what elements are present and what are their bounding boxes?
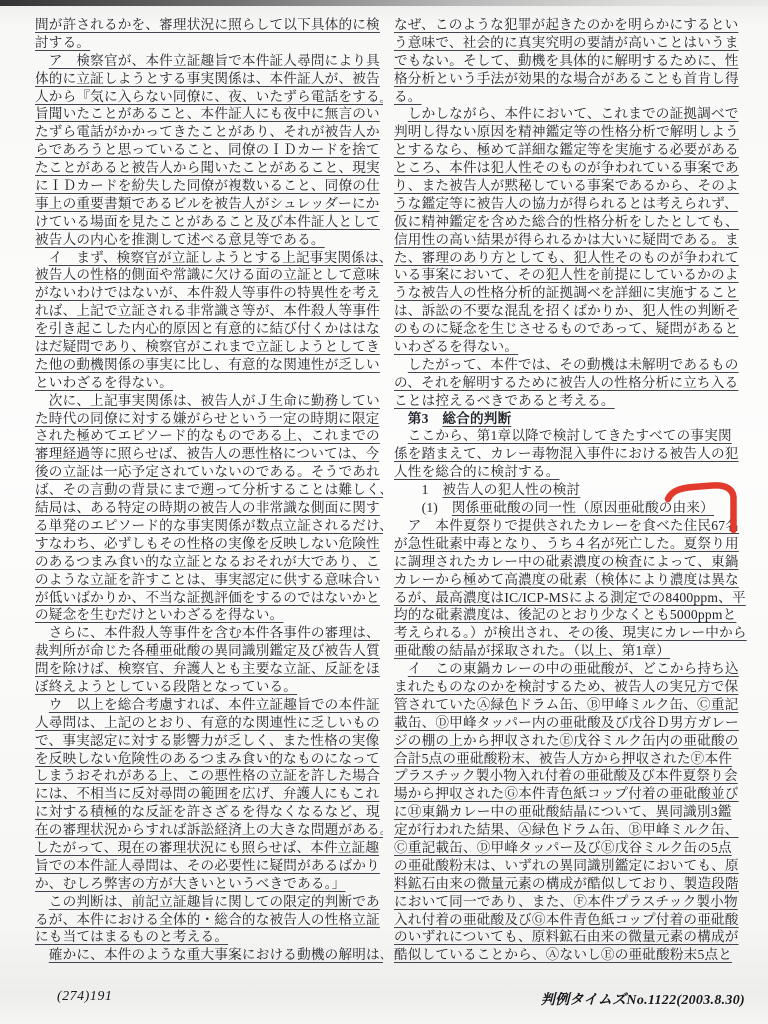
text-line: まれたものなのかを検討するため、被告人の実兄方で保 [394, 678, 750, 696]
text-line: 被告人の内心を推測して述べる意見等である。 [35, 231, 383, 249]
text-line: イ この東鍋カレーの中の亜砒酸が、どこから持ち込 [394, 660, 750, 678]
text-line: にも当てはまるものと考える。 [35, 928, 383, 946]
text-line: さらに、本件殺人等事件を含む本件各事件の審理は、 [35, 624, 383, 642]
text-line: ア 本件夏祭りで提供されたカレーを食べた住民67名 [394, 517, 750, 535]
text-line: 判明し得ない原因を精神鑑定等の性格分析で解明しよう [394, 123, 750, 141]
left-column: 間が許されるかを、審理状況に照らして以下具体的に検討する。 ア 検察官が、本件立… [35, 16, 383, 976]
text-line: 入れ付着の亜砒酸及びⒼ本件青色紙コップ付着の亜砒酸 [394, 911, 750, 929]
text-line: 均的な砒素濃度は、後記のとおり少なくとも5000ppmと [394, 606, 750, 624]
text-line: が低いばかりか、不当な証拠評価をするのではないかと [35, 589, 383, 607]
text-line: 場から押収されたⒼ本件青色紙コップ付着の亜砒酸並び [394, 785, 750, 803]
text-line: 定が行われた結果、Ⓐ緑色ドラム缶、Ⓑ甲峰ミルク缶、 [394, 821, 750, 839]
text-line: 問を除けば、検察官、弁護人とも主要な立証、反証をほ [35, 660, 383, 678]
text-line: において同一であり、また、Ⓕ本件プラスチック製小物 [394, 893, 750, 911]
text-line: 旨聞いたことがあること、本件証人にも夜中に無言のい [35, 105, 383, 123]
text-line: 酷似していることから、ⒶないしⒺの亜砒酸粉末5点と [394, 946, 750, 964]
text-line: 人から『気に入らない同僚に、夜、いたずら電話をする』 [35, 88, 383, 106]
text-line: た時代の同僚に対する嫌がらせという一定の時期に限定 [35, 410, 383, 428]
text-line: のあるつまみ食い的な立証となるおそれが大であり、こ [35, 553, 383, 571]
text-line: うな被告人の性格分析的証拠調べを詳細に実施すること [394, 284, 750, 302]
text-line: 係を踏まえて、カレー毒物混入事件における被告人の犯 [394, 445, 750, 463]
text-line: 体的に立証しようとする事実関係は、本件証人が、被告 [35, 70, 383, 88]
text-line: 被告人の性格的側面や常識に欠ける面の立証として意味 [35, 266, 383, 284]
text-line: 第3 総合的判断 [394, 410, 750, 428]
text-line: すなわち、必ずしもその性格の実像を反映しない危険性 [35, 535, 383, 553]
text-line: がないわけではないが、本件殺人等事件の特異性を考え [35, 284, 383, 302]
text-line: 間が許されるかを、審理状況に照らして以下具体的に検 [35, 16, 383, 34]
text-line: はだ疑問であり、検察官がこれまで立証しようとしてき [35, 338, 383, 356]
text-line: にⒽ東鍋カレー中の亜砒酸結晶について、異同識別3鑑 [394, 803, 750, 821]
text-line: た、審理のあり方としても、犯人性そのものが争われて [394, 249, 750, 267]
text-line: たずら電話がかかってきたことがあり、それが被告人か [35, 123, 383, 141]
footer-page-number: (274)191 [57, 989, 112, 1005]
text-line: ことは控えるべきであると考える。 [394, 392, 750, 410]
text-line: 次に、上記事実関係は、被告人がＪ生命に勤務してい [35, 392, 383, 410]
text-line: 審理経過等に照らせば、被告人の悪性格については、今 [35, 445, 383, 463]
text-line: 仮に精神鑑定を含めた総合的性格分析をしたとしても、 [394, 213, 750, 231]
text-line: の疑念を生むだけといわざるを得ない。 [35, 606, 383, 624]
text-line: う意味で、社会的に真実究明の要請が高いことはいうま [394, 34, 750, 52]
text-line: 旨での本件証人尋問は、その必要性に疑問があるばかり [35, 857, 383, 875]
text-line: 討する。 [35, 34, 383, 52]
text-line: 人尋問は、上記のとおり、有意的な関連性に乏しいもの [35, 714, 383, 732]
text-line: 裁判所が命じた各種亜砒酸の異同識別鑑定及び被告人質 [35, 642, 383, 660]
text-line: を反映しない危険性のあるつまみ食い的なものになって [35, 750, 383, 768]
text-line: プラスチック製小物入れ付着の亜砒酸及び本件夏祭り会 [394, 767, 750, 785]
text-line: れば、上記で立証される非常識さ等が、本件殺人等事件 [35, 302, 383, 320]
text-line: を引き起こした内心的原因と有意的に結び付くかははな [35, 320, 383, 338]
footer-journal-title: 判例タイムズNo.1122(2003.8.30) [541, 989, 745, 1009]
text-line: の亜砒酸粉末は、いずれの異同識別鑑定においても、原 [394, 857, 750, 875]
text-line: Ⓒ重記載缶、Ⓓ甲峰タッパー及びⒺ戊谷ミルク缶の5点 [394, 839, 750, 857]
text-line: のものに疑念を生じさせるものであって、疑問があると [394, 320, 750, 338]
text-line: 結局は、ある特定の時期の被告人の非常識な側面に関す [35, 499, 383, 517]
text-line: の、それを解明するために被告人の性格分析に立ち入る [394, 374, 750, 392]
text-line: したがって、本件では、その動機は未解明であるもの [394, 356, 750, 374]
text-line: にＩＤカードを紛失した同僚が複数いること、同僚の仕 [35, 177, 383, 195]
text-line: が急性砒素中毒となり、うち４名が死亡した。夏祭り用 [394, 535, 750, 553]
text-line: ウ 以上を総合考慮すれば、本件立証趣旨での本件証 [35, 696, 383, 714]
text-line: 後の立証は一応予定されていないのである。そうであれ [35, 463, 383, 481]
text-line: り、また被告人が黙秘している事案であるから、そのよ [394, 177, 750, 195]
text-line: (1) 関係亜砒酸の同一性（原因亜砒酸の由来） [394, 499, 750, 517]
text-line: ば、その言動の背景にまで遡って分析することは難しく、 [35, 481, 383, 499]
text-line: か、むしろ弊害の方が大きいというべきである。」 [35, 875, 383, 893]
text-line: るが、最高濃度はIC/ICP-MSによる測定での8400ppm、平 [394, 589, 750, 607]
text-line: なぜ、このような犯罪が起きたのかを明らかにするとい [394, 16, 750, 34]
text-line: カレーから極めて高濃度の砒素（検体により濃度は異な [394, 571, 750, 589]
text-line: この判断は、前記立証趣旨に関しての限定的判断であ [35, 893, 383, 911]
photo-top-edge [0, 0, 768, 6]
text-line: ここから、第1章以降で検討してきたすべての事実関 [394, 427, 750, 445]
text-line: 格分析という手法が効果的な場合があることも首肯し得 [394, 70, 750, 88]
text-line: 1 被告人の犯人性の検討 [394, 481, 750, 499]
page-footer: (274)191 判例タイムズNo.1122(2003.8.30) [35, 989, 747, 1011]
text-line: 載缶、Ⓓ甲峰タッパー内の亜砒酸及び戊谷Ｄ男方ガレー [394, 714, 750, 732]
text-line: に調理されたカレー中の砒素濃度の検査によって、東鍋 [394, 553, 750, 571]
text-line: たことがあると被告人から聞いたことがあること、現実 [35, 159, 383, 177]
text-line: したがって、現在の審理状況にも照らせば、本件立証趣 [35, 839, 383, 857]
text-line: は、訴訟の不要な混乱を招くばかりか、犯人性の判断そ [394, 302, 750, 320]
text-line: らであろうと思っていること、同僚のＩＤカードを捨て [35, 141, 383, 159]
text-line: のような立証を許すことは、事実認定に供する意味合い [35, 571, 383, 589]
text-line: うな鑑定等に被告人の協力が得られるとは考えられず、 [394, 195, 750, 213]
text-line: に対する積極的な反証を許さざるを得なくなるなど、現 [35, 803, 383, 821]
text-line: けている場面を見たことがあること及び本件証人として [35, 213, 383, 231]
text-line: で、事実認定に対する影響力が乏しく、また性格の実像 [35, 732, 383, 750]
text-line: された極めてエピソード的なものである上、これまでの [35, 427, 383, 445]
text-line: ところ、本件は犯人性そのものが争われている事案であ [394, 159, 750, 177]
text-line: 事上の重要書類であるビルを被告人がシュレッダーにか [35, 195, 383, 213]
text-line: る単発のエピソード的な事実関係が数点立証されるだけ、 [35, 517, 383, 535]
text-line: いわざるを得ない。 [394, 338, 750, 356]
text-line: のいずれについても、原料鉱石由来の微量元素の構成が [394, 928, 750, 946]
text-line: 在の審理状況からすれば訴訟経済上の大きな問題がある。 [35, 821, 383, 839]
text-line: 料鉱石由来の微量元素の構成が酷似しており、製造段階 [394, 875, 750, 893]
text-line: 亜砒酸の結晶が採取された。（以上、第1章） [394, 642, 750, 660]
text-line: には、不相当に反対尋問の範囲を広げ、弁護人にもこれ [35, 785, 383, 803]
text-line: 人性を総合的に検討する。 [394, 463, 750, 481]
text-line: 確かに、本件のような重大事案における動機の解明は、 [35, 946, 383, 964]
text-line: しかしながら、本件において、これまでの証拠調べで [394, 105, 750, 123]
text-line: 信用性の高い結果が得られるかは大いに疑問である。ま [394, 231, 750, 249]
text-line: といわざるを得ない。 [35, 374, 383, 392]
text-line: るが、本件における全体的・総合的な被告人の性格立証 [35, 911, 383, 929]
right-column: なぜ、このような犯罪が起きたのかを明らかにするという意味で、社会的に真実究明の要… [394, 16, 750, 976]
text-line: いる事案において、その犯人性を前提にしているかのよ [394, 266, 750, 284]
text-line: 合計5点の亜砒酸粉末、被告人方から押収されたⒻ本件 [394, 750, 750, 768]
text-line: た他の動機関係の事実に比し、有意的な関連性が乏しい [35, 356, 383, 374]
text-line: しまうおそれがある上、この悪性格の立証を許した場合 [35, 767, 383, 785]
text-line: ジの棚の上から押収されたⒺ戊谷ミルク缶内の亜砒酸の [394, 732, 750, 750]
text-line: とするなら、極めて詳細な鑑定等を実施する必要がある [394, 141, 750, 159]
text-line: イ まず、検察官が立証しようとする上記事実関係は、 [35, 249, 383, 267]
text-line: る。 [394, 88, 750, 106]
text-line: 考えられる。）が検出され、その後、現実にカレー中から [394, 624, 750, 642]
text-line: でもない。そして、動機を具体的に解明するために、性 [394, 52, 750, 70]
text-line: 管されていたⒶ緑色ドラム缶、Ⓑ甲峰ミルク缶、Ⓒ重記 [394, 696, 750, 714]
text-line: ぼ終えようとしている段階となっている。 [35, 678, 383, 696]
text-line: ア 検察官が、本件立証趣旨で本件証人尋問により具 [35, 52, 383, 70]
